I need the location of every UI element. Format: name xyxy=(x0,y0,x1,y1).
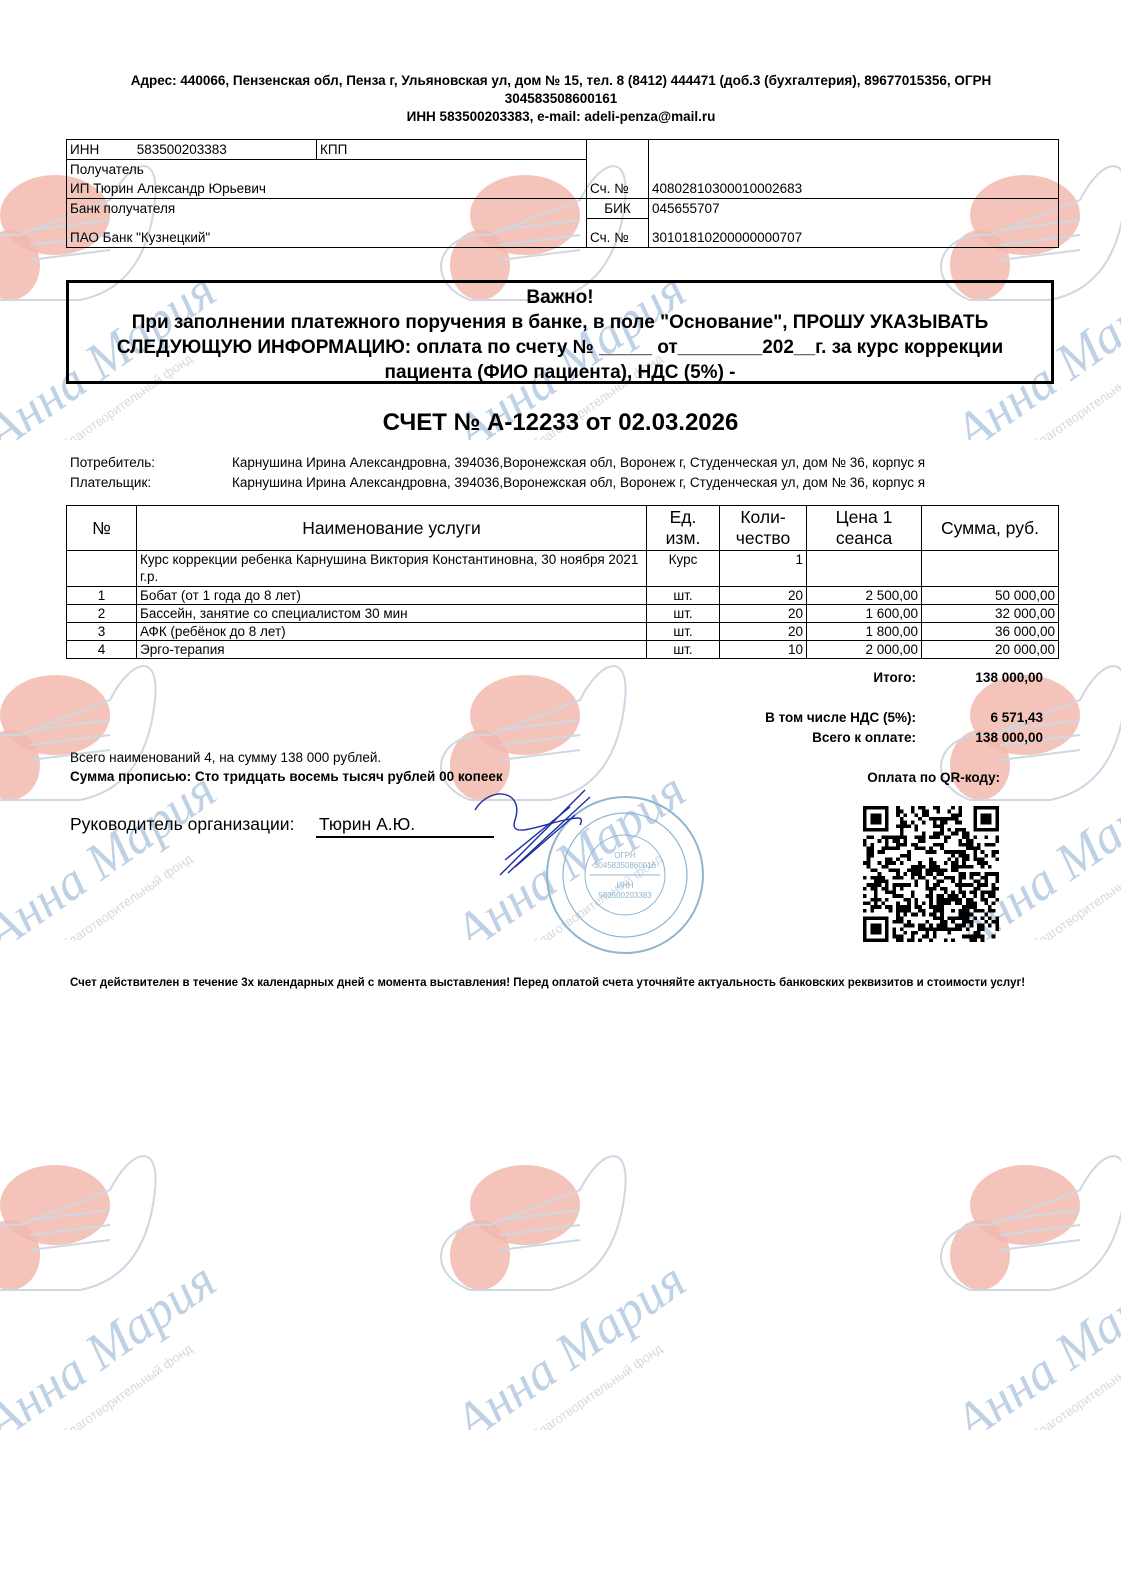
course-row: Курс коррекции ребенка Карнушина Виктори… xyxy=(67,551,1059,587)
corr-account-label-cell: Сч. № xyxy=(587,219,649,248)
col-price: Цена 1сеанса xyxy=(807,506,922,551)
col-qty-line2: чество xyxy=(736,528,790,548)
account-label: Сч. № xyxy=(590,181,629,196)
svg-text:ИНН: ИНН xyxy=(616,881,634,890)
cell-unit: шт. xyxy=(647,641,720,659)
amount-in-words: Сумма прописью: Сто тридцать восемь тыся… xyxy=(70,768,503,786)
cell-unit: шт. xyxy=(647,587,720,605)
cell-num: 3 xyxy=(67,623,137,641)
cell-num: 1 xyxy=(67,587,137,605)
payer-row: Плательщик:Карнушина Ирина Александровна… xyxy=(70,474,925,492)
due-value: 138 000,00 xyxy=(930,728,1043,748)
cell-sum: 36 000,00 xyxy=(922,623,1059,641)
svg-text:583500203383: 583500203383 xyxy=(598,891,652,900)
cell-name: Бассейн, занятие со специалистом 30 мин xyxy=(137,605,647,623)
col-unit-line2: изм. xyxy=(666,528,701,548)
table-row: 4Эрго-терапияшт.102 000,0020 000,00 xyxy=(67,641,1059,659)
account-value: 40802810300010002683 xyxy=(652,181,802,196)
important-line: СЛЕДУЮЩУЮ ИНФОРМАЦИЮ: оплата по счету № … xyxy=(69,335,1051,360)
col-qty-line1: Коли- xyxy=(740,507,785,527)
bank-cell: Банк получателя ПАО Банк "Кузнецкий" xyxy=(67,199,587,248)
cell-name: Бобат (от 1 года до 8 лет) xyxy=(137,587,647,605)
bik-value-cell: 045655707 30101810200000000707 xyxy=(649,199,1059,248)
col-qty: Коли-чество xyxy=(720,506,807,551)
vat-value: 6 571,43 xyxy=(930,708,1043,728)
inn-email-line: ИНН 583500203383, e-mail: adeli-penza@ma… xyxy=(66,108,1056,126)
address-line: Адрес: 440066, Пензенская обл, Пенза г, … xyxy=(66,72,1056,90)
payer-value: Карнушина Ирина Александровна, 394036,Во… xyxy=(232,475,925,490)
signature-label: Руководитель организации: xyxy=(70,814,294,835)
cell-price: 2 500,00 xyxy=(807,587,922,605)
important-title: Важно! xyxy=(69,285,1051,310)
col-unit-line1: Ед. xyxy=(670,507,697,527)
table-header: № Наименование услуги Ед.изм. Коли-честв… xyxy=(67,506,1059,551)
recipient-label: Получатель xyxy=(70,160,583,179)
validity-footer-note: Счет действителен в течение 3х календарн… xyxy=(70,975,1060,991)
cell-num: 2 xyxy=(67,605,137,623)
ogrn-line: 304583508600161 xyxy=(66,90,1056,108)
cell-qty: 10 xyxy=(720,641,807,659)
supplier-address: Адрес: 440066, Пензенская обл, Пенза г, … xyxy=(66,72,1056,126)
cell-price: 1 600,00 xyxy=(807,605,922,623)
important-line: При заполнении платежного поручения в ба… xyxy=(69,310,1051,335)
cell-unit: Курс xyxy=(647,551,720,587)
inn-label: ИНН xyxy=(70,142,99,157)
cell-sum: 32 000,00 xyxy=(922,605,1059,623)
col-sum: Сумма, руб. xyxy=(922,506,1059,551)
recipient-cell: Получатель ИП Тюрин Александр Юрьевич xyxy=(67,160,587,199)
cell-price: 2 000,00 xyxy=(807,641,922,659)
signature-name: Тюрин А.Ю. xyxy=(316,814,494,838)
qr-label: Оплата по QR-коду: xyxy=(820,768,1000,788)
signature-scribble-icon xyxy=(470,785,600,880)
kpp-label: КПП xyxy=(320,142,347,157)
kpp-cell: КПП xyxy=(317,140,587,160)
cell-qty: 20 xyxy=(720,623,807,641)
corr-account-value: 30101810200000000707 xyxy=(652,228,1055,247)
bik-label-cell: БИК xyxy=(587,199,649,219)
cell-name: Эрго-терапия xyxy=(137,641,647,659)
table-row: 3АФК (ребёнок до 8 лет)шт.201 800,0036 0… xyxy=(67,623,1059,641)
total-label: Итого: xyxy=(840,668,916,688)
account-label-cell: Сч. № xyxy=(587,140,649,199)
bank-label: Банк получателя xyxy=(70,199,583,218)
total-value: 138 000,00 xyxy=(930,668,1043,688)
bank-name: ПАО Банк "Кузнецкий" xyxy=(70,228,583,247)
consumer-row: Потребитель:Карнушина Ирина Александровн… xyxy=(70,454,925,472)
consumer-value: Карнушина Ирина Александровна, 394036,Во… xyxy=(232,455,925,470)
cell-unit: шт. xyxy=(647,623,720,641)
col-num: № xyxy=(67,506,137,551)
consumer-label: Потребитель: xyxy=(70,454,232,472)
inn-cell: ИНН 583500203383 xyxy=(67,140,317,160)
services-table: № Наименование услуги Ед.изм. Коли-честв… xyxy=(66,505,1059,659)
cell-num xyxy=(67,551,137,587)
account-value-cell: 40802810300010002683 xyxy=(649,140,1059,199)
bank-details-table: ИНН 583500203383 КПП Сч. № 4080281030001… xyxy=(66,139,1059,248)
due-label: Всего к оплате: xyxy=(700,728,916,748)
cell-sum: 50 000,00 xyxy=(922,587,1059,605)
vat-label: В том числе НДС (5%): xyxy=(700,708,916,728)
bik-value: 045655707 xyxy=(652,199,1055,218)
col-unit: Ед.изм. xyxy=(647,506,720,551)
table-row: 2Бассейн, занятие со специалистом 30 мин… xyxy=(67,605,1059,623)
svg-text:ОГРН: ОГРН xyxy=(614,851,636,860)
cell-num: 4 xyxy=(67,641,137,659)
cell-qty: 1 xyxy=(720,551,807,587)
recipient-name: ИП Тюрин Александр Юрьевич xyxy=(70,179,583,198)
corr-account-label: Сч. № xyxy=(590,230,629,245)
cell-qty: 20 xyxy=(720,587,807,605)
cell-sum xyxy=(922,551,1059,587)
cell-price: 1 800,00 xyxy=(807,623,922,641)
svg-text:30458350860016: 30458350860016 xyxy=(594,861,657,870)
cell-unit: шт. xyxy=(647,605,720,623)
cell-sum: 20 000,00 xyxy=(922,641,1059,659)
important-line: пациента (ФИО пациента), НДС (5%) - xyxy=(69,360,1051,385)
payment-qr-code[interactable] xyxy=(858,806,1004,942)
cell-name: АФК (ребёнок до 8 лет) xyxy=(137,623,647,641)
items-count-summary: Всего наименований 4, на сумму 138 000 р… xyxy=(70,749,381,767)
cell-name: Курс коррекции ребенка Карнушина Виктори… xyxy=(137,551,647,587)
important-notice: Важно! При заполнении платежного поручен… xyxy=(66,280,1054,384)
col-price-line1: Цена 1 xyxy=(836,507,893,527)
col-name: Наименование услуги xyxy=(137,506,647,551)
inn-value: 583500203383 xyxy=(137,142,227,157)
bik-label: БИК xyxy=(604,201,630,216)
cell-qty: 20 xyxy=(720,605,807,623)
cell-price xyxy=(807,551,922,587)
col-price-line2: сеанса xyxy=(836,528,892,548)
table-row: 1Бобат (от 1 года до 8 лет)шт.202 500,00… xyxy=(67,587,1059,605)
payer-label: Плательщик: xyxy=(70,474,232,492)
invoice-title: СЧЕТ № А-12233 от 02.03.2026 xyxy=(0,409,1121,437)
